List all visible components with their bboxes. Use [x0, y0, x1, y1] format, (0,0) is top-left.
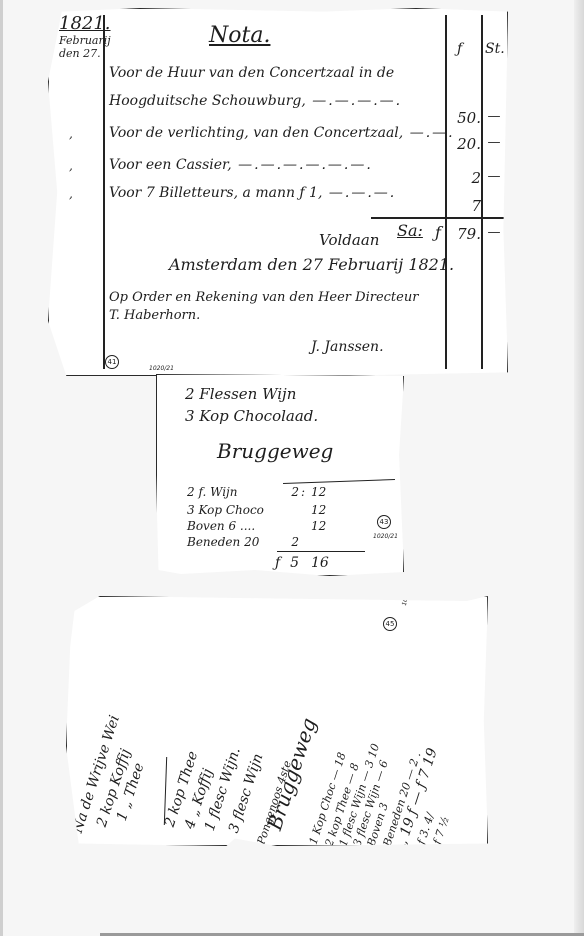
item-1-line-1: Voor de Huur van den Concertzaal in de — [109, 65, 394, 81]
item-3-st: — — [485, 169, 503, 184]
order-line: Op Order en Rekening van den Heer Direct… — [109, 289, 439, 325]
item-3-line: Voor een Cassier, —.—.—.—.—.—. — [109, 157, 373, 173]
signature: Bruggeweg — [262, 715, 321, 833]
archive-reference: 1020/21 — [401, 580, 412, 606]
archive-stamp: 45 — [383, 617, 397, 631]
receipt-bruggeweg-2: Na de Wrijve Wei 2 kop Koffij 1 „ Thee 2… — [66, 596, 488, 846]
item-2-st: — — [485, 135, 503, 150]
receipt-bruggeweg-1: 2 Flessen Wijn 3 Kop Chocolaad. Bruggewe… — [156, 374, 404, 576]
total-label: Sa: — [397, 221, 423, 240]
guilder-column-rule — [445, 15, 447, 369]
archive-reference: 1020/21 — [149, 365, 174, 372]
page-edge-right — [574, 0, 584, 936]
paid-note: Voldaan — [319, 231, 379, 249]
order-name: T. Haberhorn. — [109, 308, 200, 323]
item-4-amount: 7 — [449, 197, 481, 215]
place-date: Amsterdam den 27 Februarij 1821. — [169, 255, 454, 274]
total-currency: ƒ — [435, 223, 441, 242]
margin-rule — [103, 15, 105, 369]
year: 1821. — [59, 17, 101, 30]
item-2-line: Voor de verlichting, van den Concertzaal… — [109, 125, 455, 141]
item-1-line-2: Hoogduitsche Schouwburg, —.—.—.—. — [109, 93, 402, 109]
signature: Bruggeweg — [217, 439, 333, 463]
archive-stamp: 43 — [377, 515, 391, 529]
stuiver-column-rule — [481, 15, 483, 369]
receipt-title: Nota. — [209, 23, 270, 48]
receipt-nota-concertzaal: 1821. Februarij den 27. Nota. ƒ St. Voor… — [48, 8, 508, 376]
signature: J. Janssen. — [311, 339, 384, 355]
guilder-header: ƒ — [457, 41, 462, 57]
archive-reference: 1020/21 — [373, 533, 398, 540]
item-1-st: — — [485, 109, 503, 124]
header-line-1: 2 Flessen Wijn — [185, 385, 296, 403]
page-edge-left — [0, 0, 3, 936]
total-amount: 79. — [449, 225, 481, 243]
date-column: 1821. Februarij den 27. — [59, 17, 101, 60]
archive-stamp: 41 — [105, 355, 119, 369]
item-3-amount: 2 — [449, 169, 481, 187]
header-line-2: 3 Kop Chocolaad. — [185, 407, 318, 425]
month: Februarij — [59, 34, 111, 47]
stuiver-header: St. — [485, 41, 505, 57]
total-rule — [277, 551, 365, 552]
item-2-amount: 20. — [449, 135, 481, 153]
divider-rule — [283, 479, 395, 484]
total-rule — [371, 217, 505, 219]
item-4-line: Voor 7 Billetteurs, a mann ƒ 1, —.—.—. — [109, 185, 396, 201]
day: den 27. — [59, 47, 101, 60]
total-st: — — [485, 225, 503, 240]
